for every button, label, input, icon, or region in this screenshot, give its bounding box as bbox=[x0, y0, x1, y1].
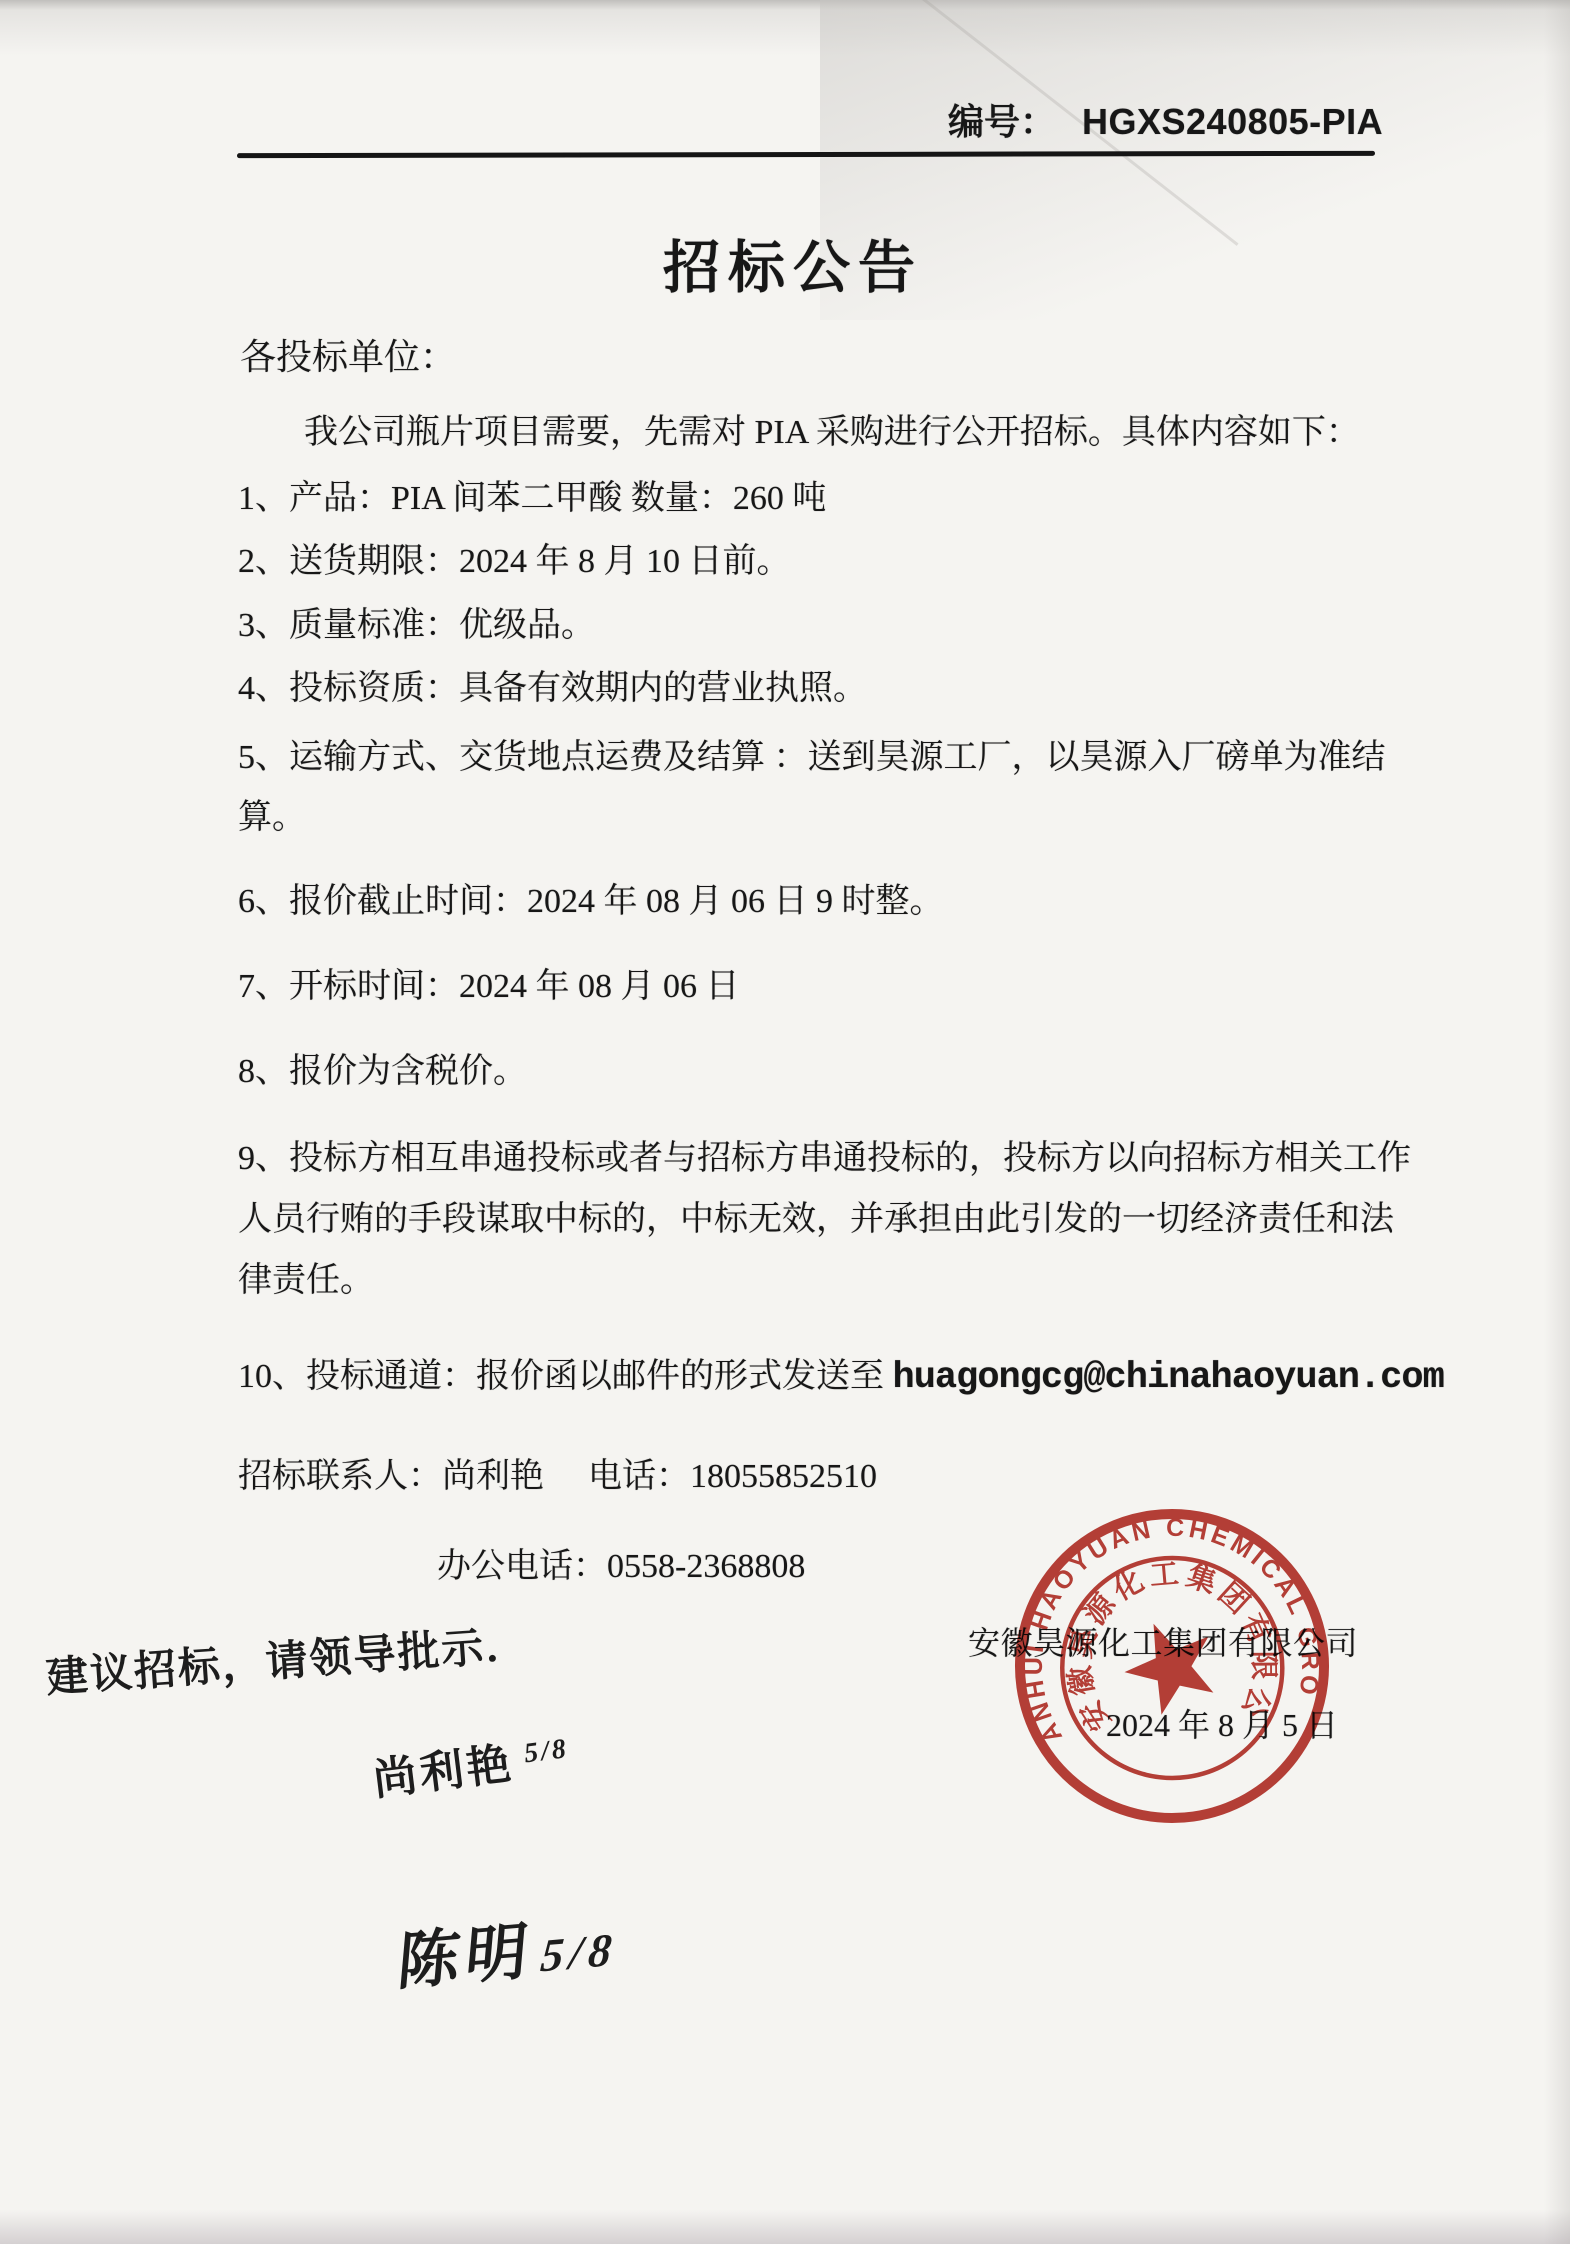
seal-ring-text: ANHUI HAOYUAN CHEMICAL GROUP CO.,LTD bbox=[980, 1474, 1332, 1753]
item-6-quote-deadline: 6、报价截止时间：2024 年 08 月 06 日 9 时整。 bbox=[238, 873, 944, 922]
email-address: huagongcg@chinahaoyuan.com bbox=[893, 1357, 1444, 1399]
contact-line: 招标联系人：尚利艳电话：18055852510 bbox=[238, 1448, 877, 1497]
scanned-tender-notice-page: { "meta": { "doc_no_label": "编号：", "doc_… bbox=[0, 0, 1570, 2244]
item-2-delivery-deadline: 2、送货期限：2024 年 8 月 10 日前。 bbox=[238, 533, 791, 582]
contact-phone: 电话：18055852510 bbox=[588, 1458, 877, 1495]
office-phone-line: 办公电话：0558-2368808 bbox=[437, 1538, 805, 1587]
item-1-product: 1、产品：PIA 间苯二甲酸 数量：260 吨 bbox=[238, 470, 826, 519]
item-3-quality-standard: 3、质量标准：优级品。 bbox=[238, 597, 595, 646]
signature-2-name: 陈明 bbox=[395, 1917, 537, 1998]
item-10-prefix: 10、投标通道：报价函以邮件的形式发送至 bbox=[238, 1358, 893, 1395]
contact-person: 招标联系人：尚利艳 bbox=[238, 1458, 544, 1495]
salutation: 各投标单位： bbox=[240, 329, 456, 380]
item-5-transport-settlement: 5、运输方式、交货地点运费及结算 ：送到昊源工厂，以昊源入厂磅单为准结算。 bbox=[238, 728, 1418, 848]
item-8-tax-included: 8、报价为含税价。 bbox=[238, 1043, 527, 1092]
page-title: 招标公告 bbox=[8, 222, 1570, 304]
handwritten-note: 建议招标，请领导批示． bbox=[44, 1611, 531, 1705]
scan-bottom-shadow bbox=[0, 2210, 1570, 2244]
doc-number-line: 编号：HGXS240805-PIA bbox=[948, 94, 1383, 145]
doc-number-label: 编号： bbox=[948, 101, 1056, 142]
intro-paragraph: 我公司瓶片项目需要，先需对 PIA 采购进行公开招标。具体内容如下： bbox=[238, 404, 1360, 453]
signature-2-date: 5/8 bbox=[539, 1923, 620, 1981]
handwritten-signature-1: 尚利艳5/8 bbox=[369, 1720, 573, 1808]
signature-1-name: 尚利艳 bbox=[370, 1739, 516, 1805]
doc-number-value: HGXS240805-PIA bbox=[1082, 101, 1383, 142]
signature-1-date: 5/8 bbox=[522, 1733, 570, 1769]
scan-right-edge-shadow bbox=[1544, 0, 1570, 2244]
item-10-bid-channel: 10、投标通道：报价函以邮件的形式发送至 huagongcg@chinahaoy… bbox=[238, 1348, 1444, 1399]
company-seal: ANHUI HAOYUAN CHEMICAL GROUP CO.,LTD 安徽昊… bbox=[980, 1474, 1364, 1858]
item-4-bidder-qualification: 4、投标资质：具备有效期内的营业执照。 bbox=[238, 660, 867, 709]
item-9-collusion-clause: 9、投标方相互串通投标或者与招标方串通投标的，投标方以向招标方相关工作人员行贿的… bbox=[238, 1128, 1418, 1311]
seal-star bbox=[1112, 1606, 1230, 1722]
item-7-bid-opening-time: 7、开标时间：2024 年 08 月 06 日 bbox=[238, 958, 740, 1007]
handwritten-signature-2: 陈明5/8 bbox=[394, 1893, 622, 2002]
